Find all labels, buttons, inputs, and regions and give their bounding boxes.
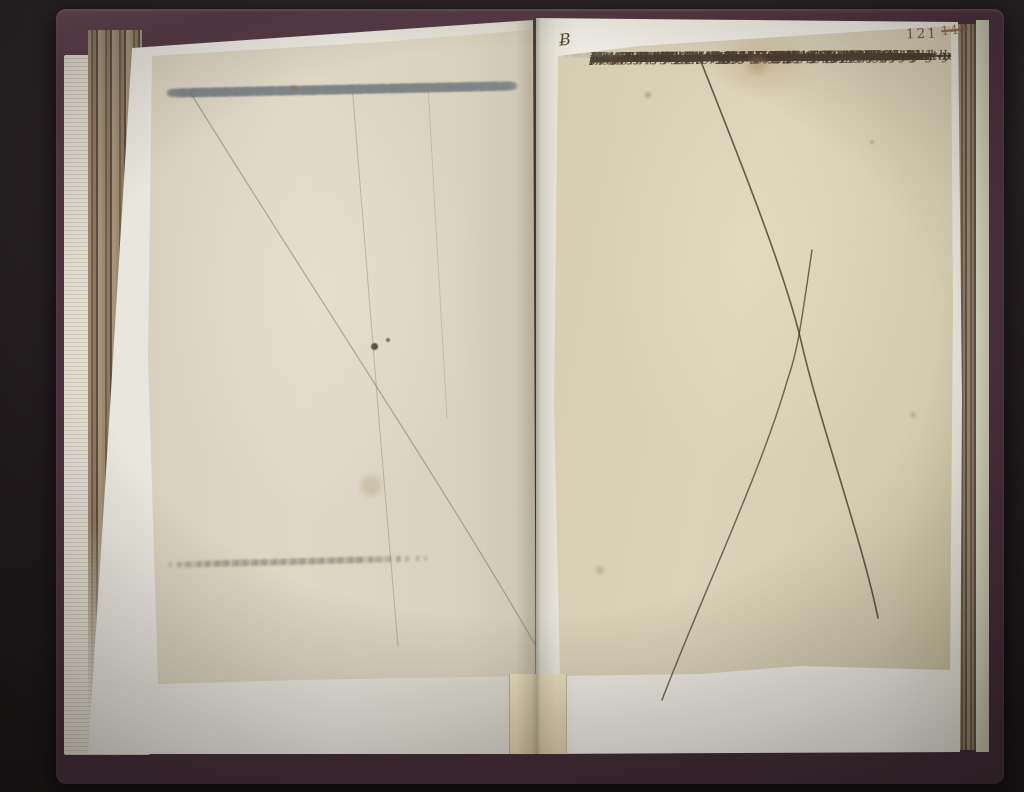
pen-stroke [190,92,536,646]
pen-stroke [698,54,878,618]
pen-stroke [428,86,447,418]
manuscript-photo: That wth much inhances ye excel-=lent co… [0,0,1024,792]
pen-strokes-overlay [0,0,1024,792]
pen-stroke [662,250,812,700]
pen-stroke [352,84,398,646]
